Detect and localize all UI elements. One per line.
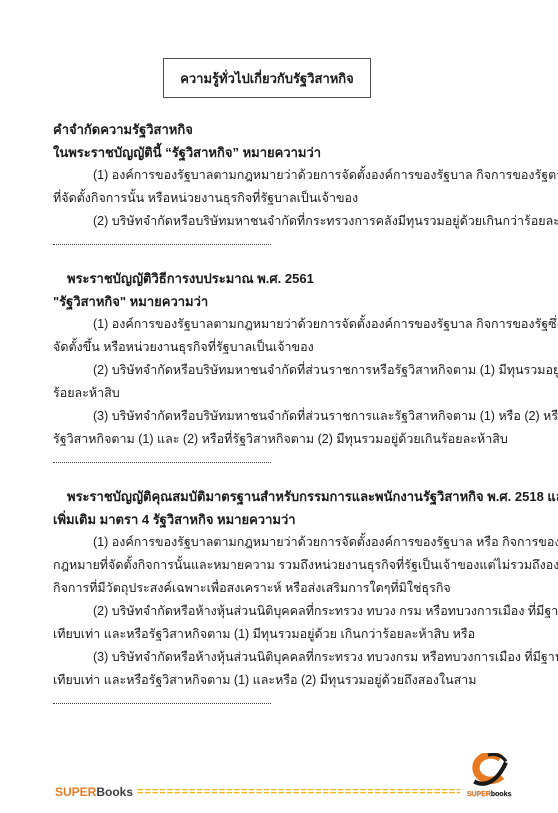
document-page: ความรู้ทั่วไปเกี่ยวกับรัฐวิสาหกิจ คำจำกั… xyxy=(0,0,558,813)
dotted-line xyxy=(53,703,271,704)
body-text-line: กิจการที่มีวัตถุประสงค์เฉพาะเพื่อสงเคราะ… xyxy=(53,577,520,600)
body-text-line: (1) องค์การของรัฐบาลตามกฎหมายว่าด้วยการจ… xyxy=(53,313,520,336)
body-text-line: (3) บริษัทจำกัดหรือห้างหุ้นส่วนนิติบุคคล… xyxy=(53,646,520,669)
footer-brand-super: SUPER xyxy=(55,785,96,799)
page-footer: SUPERBooks =============================… xyxy=(55,753,514,799)
section-heading-line: พระราชบัญญัติคุณสมบัติมาตรฐานสำหรับกรรมก… xyxy=(53,485,520,508)
dotted-divider xyxy=(53,244,520,267)
body-text-line: จัดตั้งขึ้น หรือหน่วยงานธุรกิจที่รัฐบาลเ… xyxy=(53,336,520,359)
body-text-line: เทียบเท่า และหรือรัฐวิสาหกิจตาม (1) และห… xyxy=(53,669,520,692)
body-text-line: (2) บริษัทจำกัดหรือห้างหุ้นส่วนนิติบุคคล… xyxy=(53,600,520,623)
body-text-line: รัฐวิสาหกิจตาม (1) และ (2) หรือที่รัฐวิส… xyxy=(53,428,520,451)
document-body: คำจำกัดความรัฐวิสาหกิจในพระราชบัญญัตินี้… xyxy=(53,118,520,726)
section-heading-line: "รัฐวิสาหกิจ" หมายความว่า xyxy=(53,290,520,313)
footer-separator-line: ========================================… xyxy=(137,785,460,799)
publisher-logo: SUPERbooks xyxy=(464,753,514,799)
chapter-title: ความรู้ทั่วไปเกี่ยวกับรัฐวิสาหกิจ xyxy=(180,68,354,89)
body-text-line: ร้อยละห้าสิบ xyxy=(53,382,520,405)
dotted-divider xyxy=(53,462,520,485)
logo-text-books: books xyxy=(491,791,512,798)
body-text-line: (2) บริษัทจำกัดหรือบริษัทมหาชนจำกัดที่กร… xyxy=(53,210,520,233)
dotted-divider xyxy=(53,703,520,726)
section-heading-line: เพิ่มเติม มาตรา 4 รัฐวิสาหกิจ หมายความว่… xyxy=(53,508,520,531)
section-heading-line: คำจำกัดความรัฐวิสาหกิจ xyxy=(53,118,520,141)
body-text-line: ที่จัดตั้งกิจการนั้น หรือหน่วยงานธุรกิจท… xyxy=(53,187,520,210)
footer-brand-books: Books xyxy=(96,785,133,799)
body-text-line: กฎหมายที่จัดตั้งกิจการนั้นและหมายความ รว… xyxy=(53,554,520,577)
section-heading-line: ในพระราชบัญญัตินี้ “รัฐวิสาหกิจ” หมายควา… xyxy=(53,141,520,164)
section-heading-line: พระราชบัญญัติวิธีการงบประมาณ พ.ศ. 2561 xyxy=(53,267,520,290)
footer-brand: SUPERBooks xyxy=(55,785,133,799)
body-text-line: (3) บริษัทจำกัดหรือบริษัทมหาชนจำกัดที่ส่… xyxy=(53,405,520,428)
publisher-logo-icon xyxy=(467,753,511,791)
body-text-line: เทียบเท่า และหรือรัฐวิสาหกิจตาม (1) มีทุ… xyxy=(53,623,520,646)
chapter-title-box: ความรู้ทั่วไปเกี่ยวกับรัฐวิสาหกิจ xyxy=(163,58,371,98)
publisher-logo-text: SUPERbooks xyxy=(467,791,512,799)
body-text-line: (2) บริษัทจำกัดหรือบริษัทมหาชนจำกัดที่ส่… xyxy=(53,359,520,382)
body-text-line: (1) องค์การของรัฐบาลตามกฎหมายว่าด้วยการจ… xyxy=(53,531,520,554)
body-text-line: (1) องค์การของรัฐบาลตามกฎหมายว่าด้วยการจ… xyxy=(53,164,520,187)
logo-text-super: SUPER xyxy=(467,791,491,798)
dotted-line xyxy=(53,462,271,463)
dotted-line xyxy=(53,244,271,245)
